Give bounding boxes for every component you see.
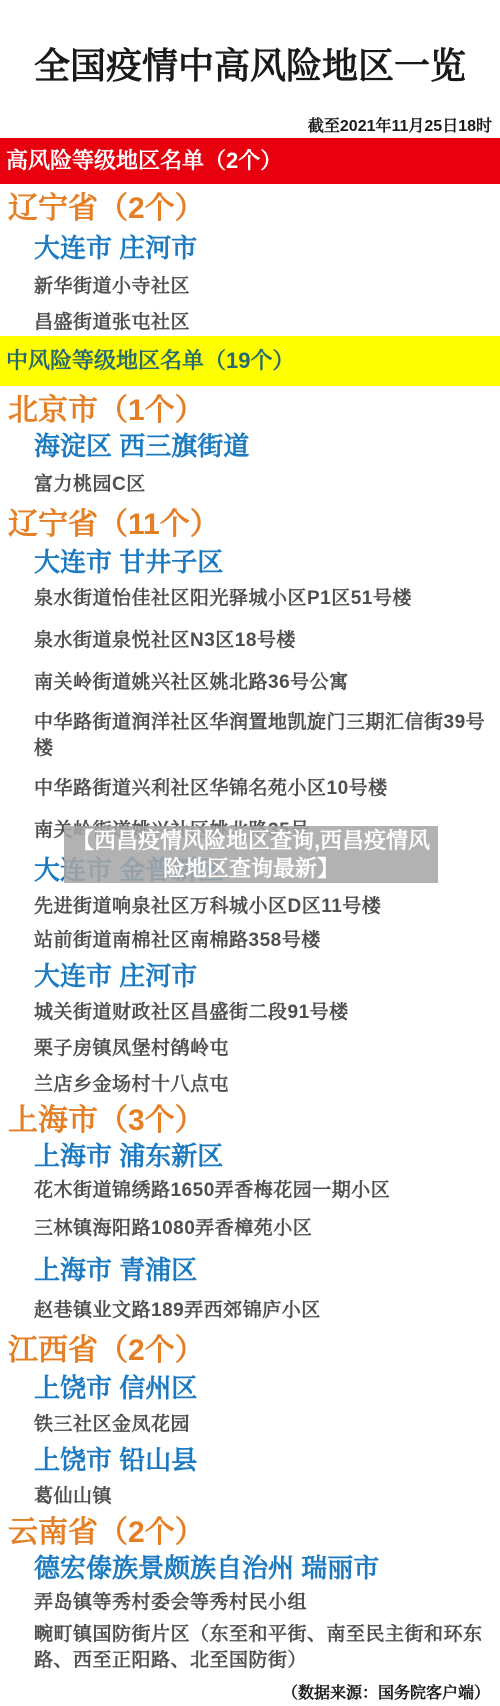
city-header-zhuanghe: 大连市 庄河市	[34, 960, 500, 992]
watermark-line-2: 险地区查询最新】	[64, 855, 438, 883]
district-item: 中华路街道兴利社区华锦名苑小区10号楼	[34, 776, 494, 802]
province-header-shanghai: 上海市（3个）	[8, 1102, 500, 1140]
watermark-overlay: 【西昌疫情风险地区查询,西昌疫情风 险地区查询最新】	[64, 826, 438, 883]
city-header-ganjingzi: 大连市 甘井子区	[34, 546, 500, 578]
district-item: 兰店乡金场村十八点屯	[34, 1072, 494, 1098]
district-item: 富力桃园C区	[34, 472, 494, 498]
city-header-dehong-ruili: 德宏傣族景颇族自治州 瑞丽市	[34, 1552, 500, 1584]
district-item: 铁三社区金凤花园	[34, 1412, 494, 1438]
page-title: 全国疫情中高风险地区一览	[0, 42, 500, 90]
district-item: 泉水街道怡佳社区阳光驿城小区P1区51号楼	[34, 586, 494, 612]
district-item: 新华街道小寺社区	[34, 274, 494, 300]
province-header-liaoning-high: 辽宁省（2个）	[8, 190, 500, 228]
district-item: 站前街道南棉社区南棉路358号楼	[34, 928, 494, 954]
district-item: 赵巷镇业文路189弄西郊锦庐小区	[34, 1298, 494, 1324]
district-item: 南关岭街道姚兴社区姚北路36号公寓	[34, 670, 494, 696]
medium-risk-banner: 中风险等级地区名单（19个）	[0, 336, 500, 386]
city-header-qingpu: 上海市 青浦区	[34, 1254, 500, 1286]
city-header-dalian-zhuanghe-high: 大连市 庄河市	[34, 232, 500, 264]
province-header-liaoning: 辽宁省（11个）	[8, 506, 500, 544]
district-item: 栗子房镇凤堡村鹐岭屯	[34, 1036, 494, 1062]
source-credit: （数据来源：国务院客户端）	[0, 1684, 500, 1704]
as-of-date: 截至2021年11月25日18时	[0, 117, 500, 137]
city-header-yanshan: 上饶市 铅山县	[34, 1444, 500, 1476]
province-header-beijing: 北京市（1个）	[8, 392, 500, 430]
district-item: 三林镇海阳路1080弄香樟苑小区	[34, 1216, 494, 1242]
province-header-jiangxi: 江西省（2个）	[8, 1332, 500, 1370]
district-item: 城关街道财政社区昌盛街二段91号楼	[34, 1000, 494, 1026]
high-risk-banner: 高风险等级地区名单（2个）	[0, 138, 500, 184]
city-header-xinzhou: 上饶市 信州区	[34, 1372, 500, 1404]
district-item: 花木街道锦绣路1650弄香梅花园一期小区	[34, 1178, 494, 1204]
city-header-haidian: 海淀区 西三旗街道	[34, 430, 500, 462]
epidemic-risk-infographic: 全国疫情中高风险地区一览 截至2021年11月25日18时 高风险等级地区名单（…	[0, 0, 500, 1706]
district-item: 畹町镇国防街片区（东至和平街、南至民主街和环东路、西至正阳路、北至国防街）	[34, 1622, 494, 1674]
district-item: 昌盛街道张屯社区	[34, 310, 494, 336]
district-item: 先进街道响泉社区万科城小区D区11号楼	[34, 894, 494, 920]
district-item: 弄岛镇等秀村委会等秀村民小组	[34, 1590, 494, 1616]
province-header-yunnan: 云南省（2个）	[8, 1514, 500, 1552]
district-item: 葛仙山镇	[34, 1484, 494, 1510]
district-item: 泉水街道泉悦社区N3区18号楼	[34, 628, 494, 654]
watermark-line-1: 【西昌疫情风险地区查询,西昌疫情风	[64, 827, 438, 855]
district-item: 中华路街道润洋社区华润置地凯旋门三期汇信街39号楼	[34, 710, 494, 762]
city-header-pudong: 上海市 浦东新区	[34, 1140, 500, 1172]
